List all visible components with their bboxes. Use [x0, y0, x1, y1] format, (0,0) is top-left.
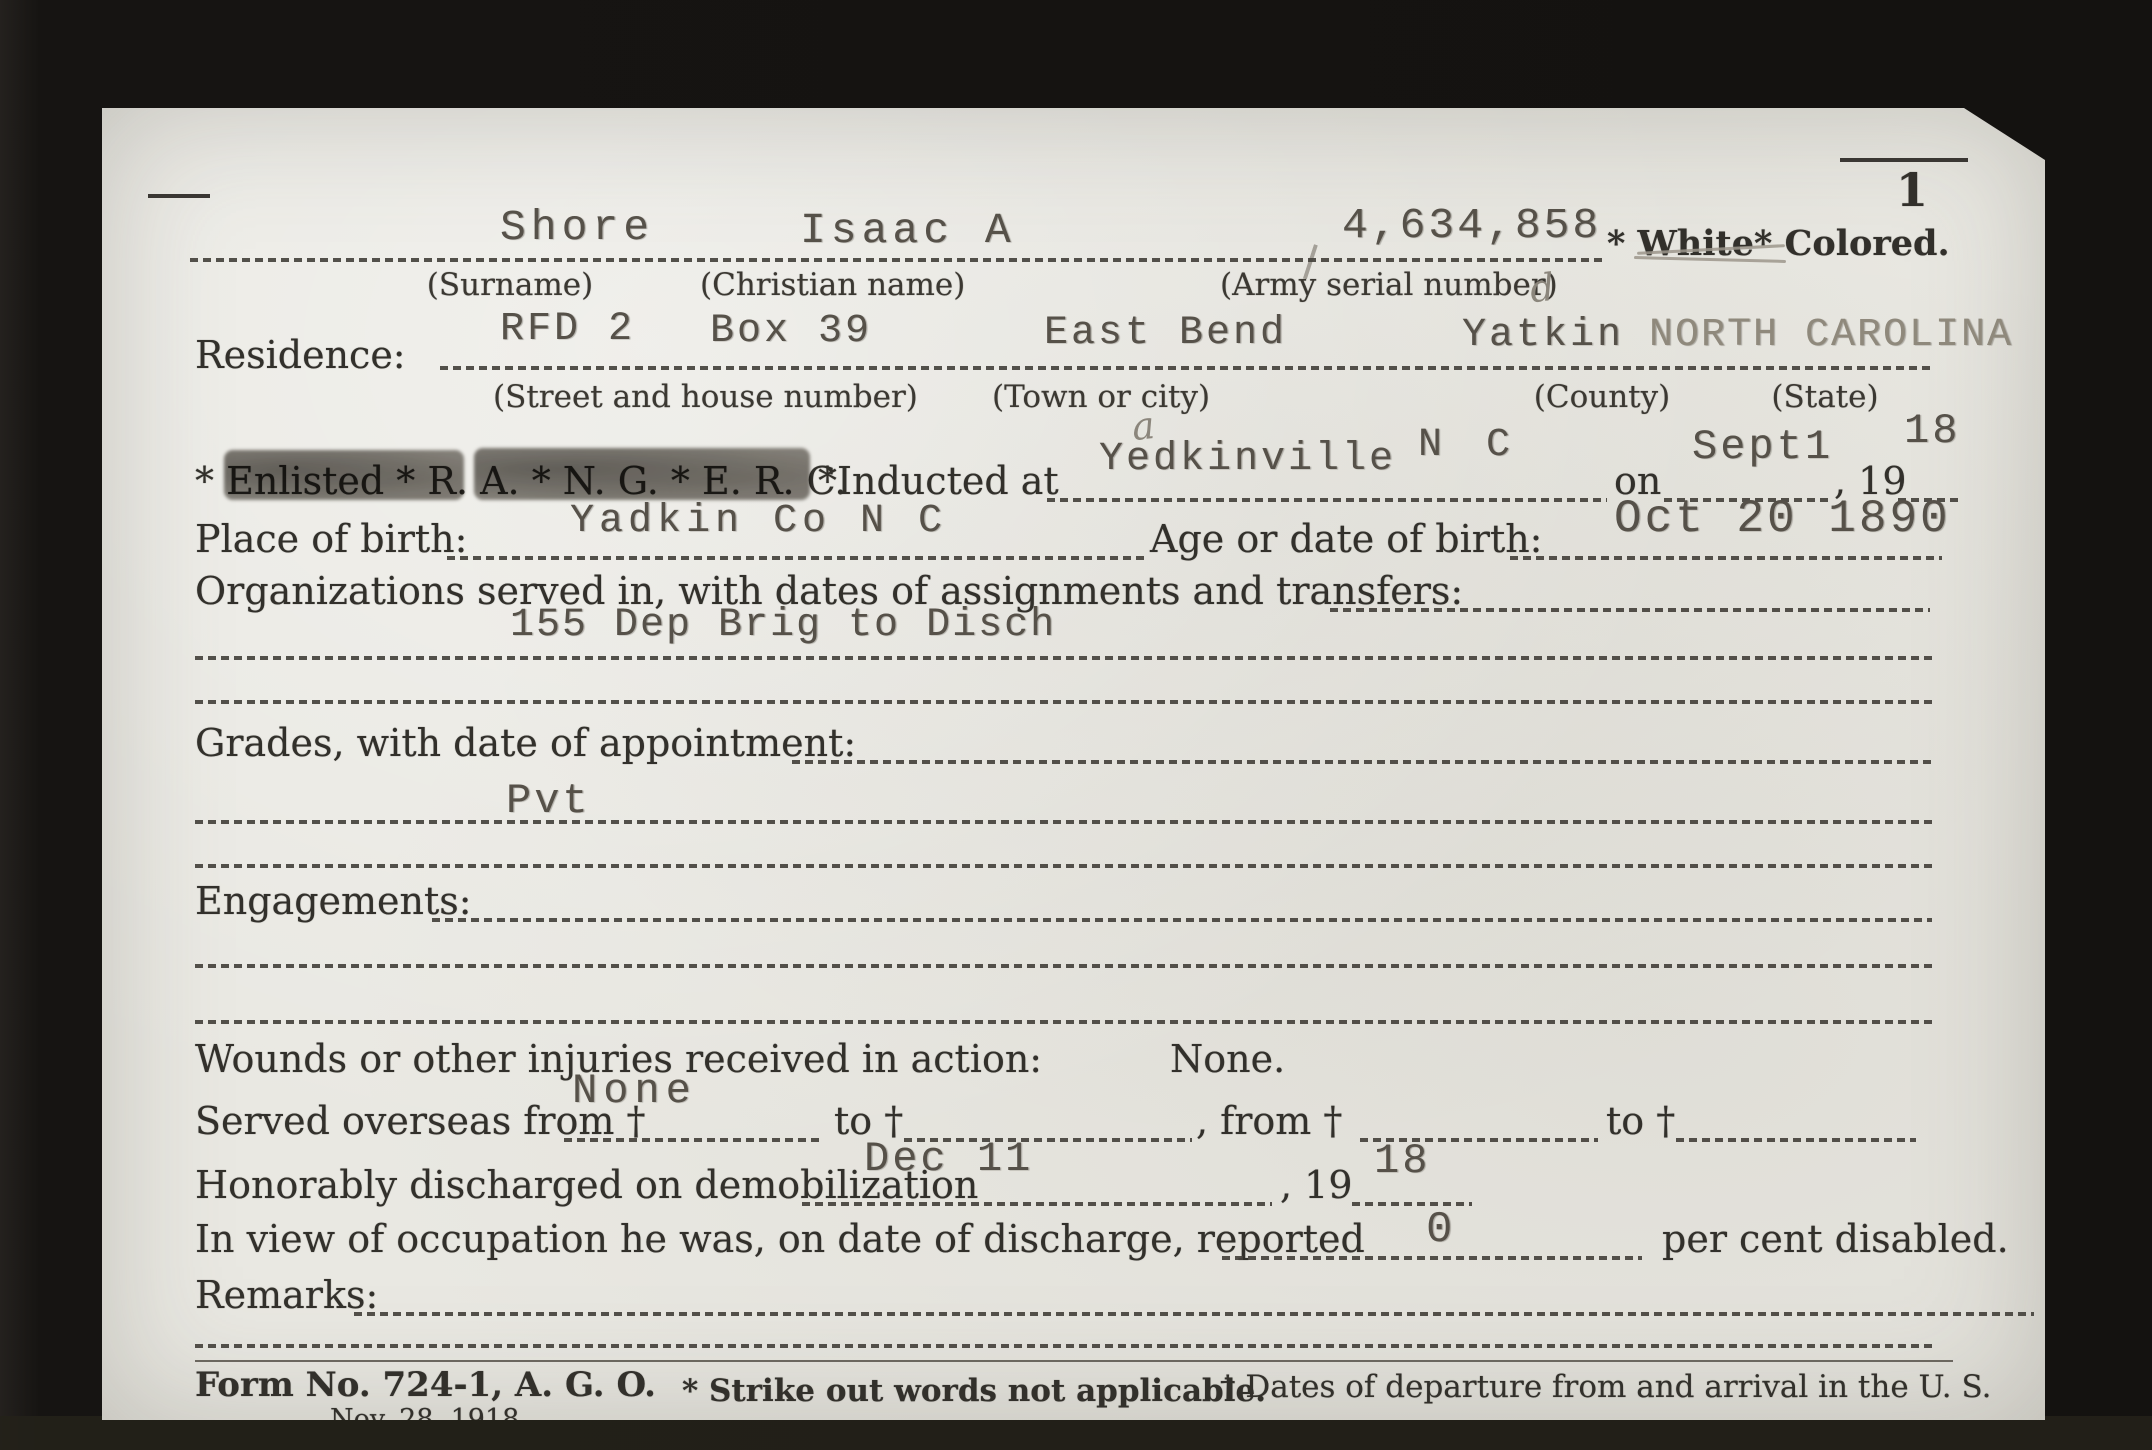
discharge-year-19-label: , 19 [1280, 1164, 1353, 1208]
discharge-date-value: Dec 11 [864, 1136, 1033, 1182]
street-label: (Street and house number) [493, 380, 865, 416]
remarks-rule [354, 1312, 2034, 1316]
grades-cont-rule-1 [195, 820, 1933, 824]
army-serial-number-value: 4,634,858 [1342, 202, 1601, 249]
disability-label: In view of occupation he was, on date of… [195, 1218, 1365, 1262]
place-of-birth-label: Place of birth: [195, 518, 467, 562]
remarks-label: Remarks: [195, 1274, 378, 1318]
army-serial-number-label: (Army serial number) [1220, 268, 1520, 304]
residence-label: Residence: [195, 334, 406, 378]
wounds-value: None. [1170, 1038, 1285, 1082]
county-label: (County) [1500, 380, 1704, 416]
organizations-value: 155 Dep Brig to Disch [510, 604, 1056, 648]
organizations-cont-rule-2 [195, 700, 1933, 704]
residence-street-value: RFD 2 [500, 308, 635, 352]
overseas-from-value: None [572, 1068, 697, 1114]
residence-town-value: East Bend [1044, 312, 1287, 356]
dob-rule [1510, 556, 1942, 560]
christian-name-value: Isaac A [800, 207, 1016, 254]
page-number-overline [1840, 158, 1968, 162]
organizations-rule [1330, 608, 1930, 612]
disability-suffix-label: per cent disabled. [1662, 1218, 2009, 1262]
bottom-dashed-rule [195, 1344, 1935, 1348]
inducted-place-rule [1047, 498, 1607, 502]
engagements-cont-rule-2 [195, 1020, 1933, 1024]
form-number-label: Form No. 724-1, A. G. O. [195, 1366, 656, 1405]
scanner-background-lower-band [0, 1416, 2152, 1450]
overseas-from2-label: , from † [1196, 1100, 1342, 1144]
name-row-rule [190, 258, 1605, 262]
engagements-cont-rule-1 [195, 964, 1933, 968]
ink-strikeout-smudge-1 [224, 450, 464, 500]
dagger-note-label: † Dates of departure from and arrival in… [1220, 1370, 1992, 1406]
place-of-birth-rule [447, 556, 1147, 560]
state-label: (State) [1723, 380, 1927, 416]
bottom-solid-rule [195, 1360, 1953, 1362]
town-label: (Town or city) [992, 380, 1196, 416]
induction-year-value: 18 [1904, 408, 1960, 454]
dob-value: Oct 20 1890 [1614, 494, 1951, 545]
inducted-state-value: N C [1418, 424, 1520, 468]
surname-label: (Surname) [380, 268, 640, 304]
christian-name-label: (Christian name) [700, 268, 960, 304]
grades-rule [792, 760, 1932, 764]
residence-state-value: NORTH CAROLINA [1649, 314, 2013, 358]
residence-county-value: Yatkin [1462, 314, 1624, 358]
discharge-rule [802, 1202, 1272, 1206]
residence-rule [440, 366, 1930, 370]
strike-out-note-label: * Strike out words not applicable. [682, 1374, 1266, 1410]
page-number: 1 [1896, 164, 1928, 217]
county-pencil-correction: d [1528, 265, 1557, 311]
residence-box-value: Box 39 [710, 310, 872, 354]
service-record-card: 1 Shore Isaac A 4,634,858 * White * Colo… [102, 108, 2045, 1420]
overseas-to2-label: to † [1606, 1100, 1675, 1144]
organizations-cont-rule-1 [195, 656, 1933, 660]
overseas-rule-1 [564, 1138, 819, 1142]
place-pencil-correction: a [1130, 403, 1157, 449]
grades-cont-rule-2 [195, 864, 1933, 868]
grade-value: Pvt [506, 778, 591, 824]
engagements-label: Engagements: [195, 880, 472, 924]
age-or-dob-label: Age or date of birth: [1150, 518, 1543, 562]
engagements-rule [432, 918, 1932, 922]
inducted-at-label: *Inducted at [818, 460, 1059, 504]
grades-label: Grades, with date of appointment: [195, 722, 856, 766]
form-date-label-clipped: Nov. 28, 1918 [330, 1404, 519, 1420]
discharge-year-value: 18 [1374, 1138, 1430, 1184]
surname-value: Shore [500, 204, 654, 251]
ink-strikeout-smudge-2 [474, 448, 810, 500]
induction-date-value: Sept1 [1692, 424, 1833, 470]
place-of-birth-value: Yadkin Co N C [570, 500, 947, 544]
disability-rule [1222, 1256, 1642, 1260]
corner-dash-mark [148, 194, 210, 198]
disability-value: 0 [1426, 1206, 1455, 1254]
overseas-rule-4 [1676, 1138, 1916, 1142]
